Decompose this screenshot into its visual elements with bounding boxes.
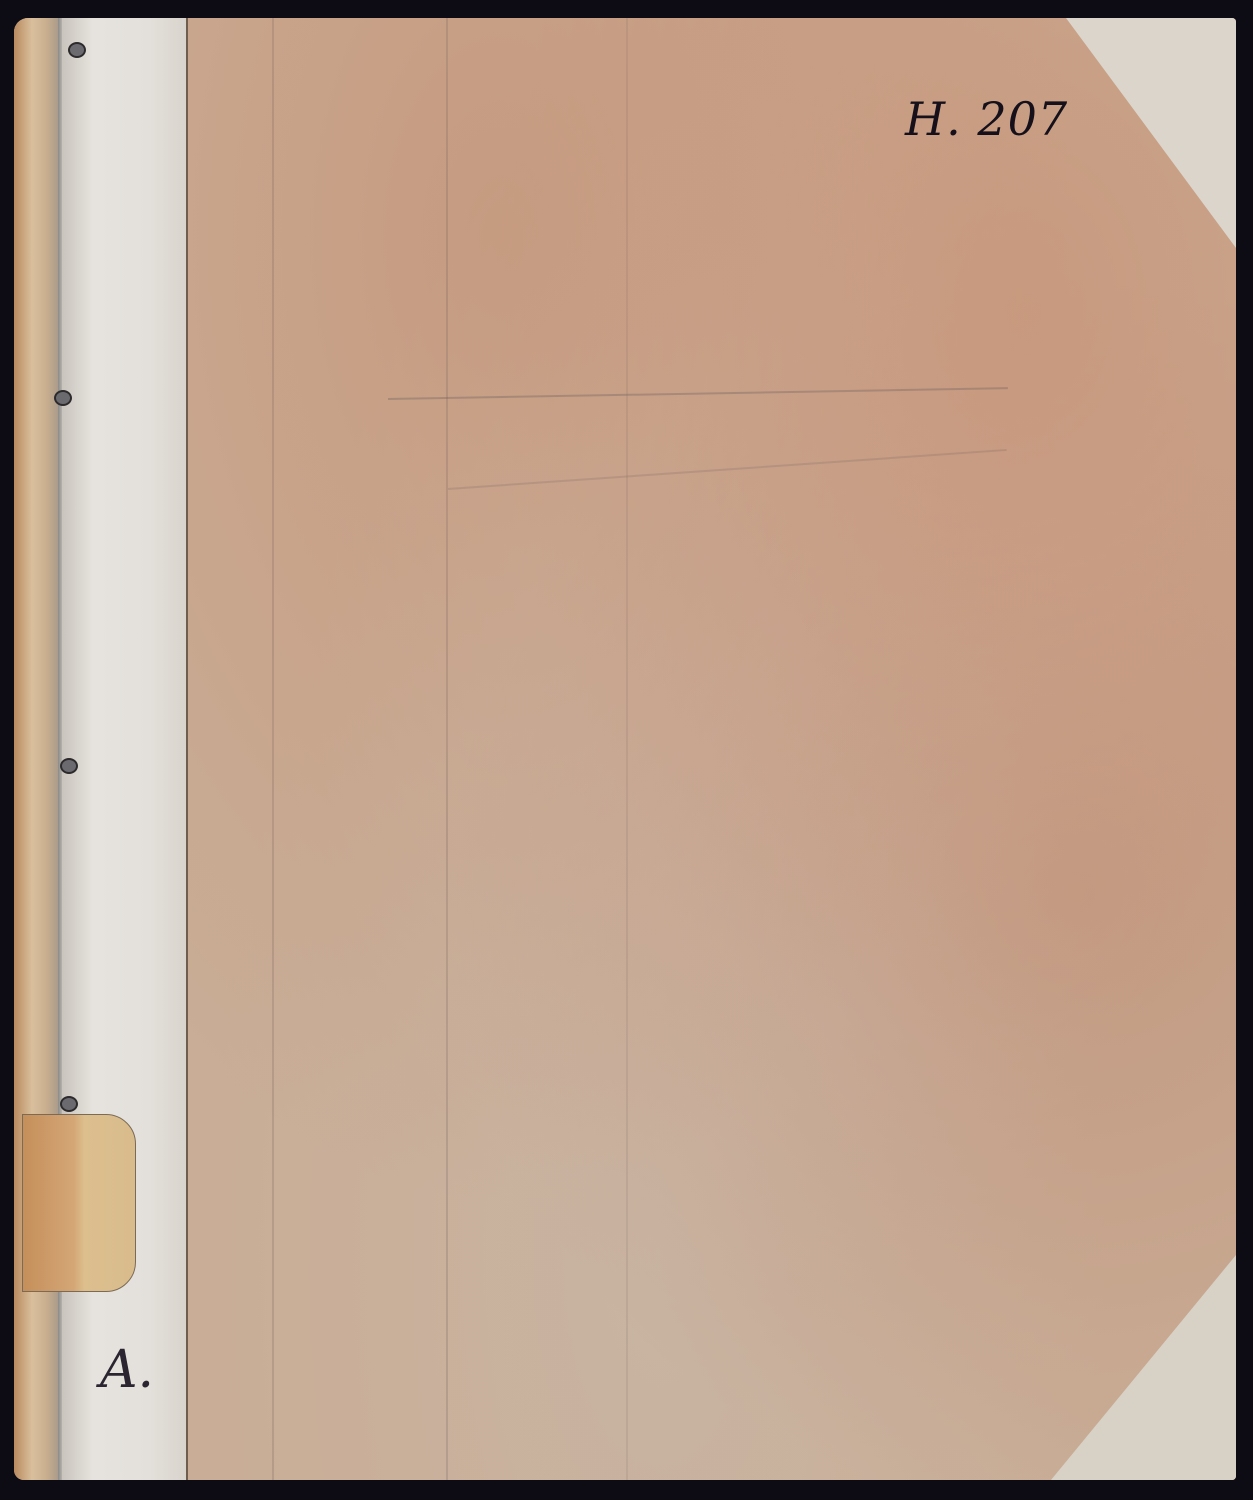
stain-line xyxy=(388,387,1008,400)
sewing-hole xyxy=(68,42,86,58)
stain-line xyxy=(448,449,1007,490)
crease-line xyxy=(626,18,628,1480)
sewing-hole xyxy=(54,390,72,406)
spine-letter-inscription: A. xyxy=(100,1340,154,1400)
crease-line xyxy=(446,18,448,1480)
spine-label xyxy=(22,1114,136,1292)
sewing-hole xyxy=(60,758,78,774)
shelfmark-inscription: H. 207 xyxy=(905,92,1068,146)
paper-board xyxy=(188,18,1236,1480)
crease-line xyxy=(272,18,274,1480)
sewing-hole xyxy=(60,1096,78,1112)
book-cover xyxy=(14,18,1236,1480)
